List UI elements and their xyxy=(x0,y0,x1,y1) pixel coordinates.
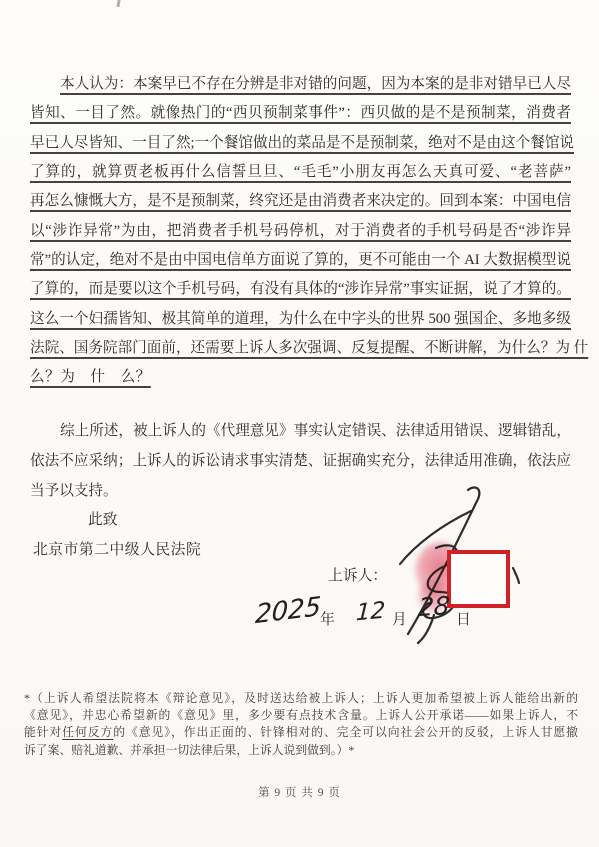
footnote-line-text: 诉了案、赔礼道歉、并承担一切法律后果，上诉人说到做到。）* xyxy=(24,743,354,757)
footnote-line-text: 《意见》，并忠心希望新的《意见》里，多少要有点技术含量。上诉人公开承诺——如果上… xyxy=(24,708,578,722)
paragraph-line-text: 了算的，就算贾老板再什么信誓旦旦、“毛毛”小朋友再怎么天真可爱、“老菩萨” xyxy=(30,164,571,180)
paragraph-line: 么？为 什 么？ xyxy=(30,363,571,392)
paragraph-line-text: 了算的，而是要以这个手机号码，有没有具体的“涉诈异常”事实证据，说了才算的。 xyxy=(30,281,571,297)
paragraph-line: 了算的，就算贾老板再什么信誓旦旦、“毛毛”小朋友再怎么天真可爱、“老菩萨” xyxy=(30,158,571,187)
footnote-line: 能针对任何反方的《意见》，作出正面的、针锋相对的、完全可以向社会公开的反驳，上诉… xyxy=(24,724,578,741)
paragraph-line: 综上所述，被上诉人的《代理意见》事实认定错误、法律适用错误、逻辑错乱， xyxy=(30,416,571,446)
paragraph-line: 本人认为：本案早已不存在分辨是非对错的问题，因为本案的是非对错早已人尽 xyxy=(30,70,571,99)
paragraph-line-text: 依法不应采纳；上诉人的诉讼请求事实清楚、证据确实充分，法律适用准确，依法应 xyxy=(30,453,571,469)
paragraph-line-text: 这么一个妇孺皆知、极其简单的道理，为什么在中字头的世界 500 强国企、多地多级 xyxy=(30,311,571,327)
paragraph-line: 以“涉诈异常”为由，把消费者手机号码停机，对于消费者的手机号码是否“涉诈异 xyxy=(30,217,571,246)
paragraph-line-text: 综上所述，被上诉人的《代理意见》事实认定错误、法律适用错误、逻辑错乱， xyxy=(60,423,571,439)
paragraph-line: 依法不应采纳；上诉人的诉讼请求事实清楚、证据确实充分，法律适用准确，依法应 xyxy=(30,446,571,476)
footnote-line: 《意见》，并忠心希望新的《意见》里，多少要有点技术含量。上诉人公开承诺——如果上… xyxy=(24,707,578,724)
date-year-unit: 年 xyxy=(320,608,335,629)
footnote-underlined-phrase: 任何反方 xyxy=(62,725,113,739)
handwritten-date-year: 2025 xyxy=(254,592,321,630)
footnote-line: 诉了案、赔礼道歉、并承担一切法律后果，上诉人说到做到。）* xyxy=(24,742,578,759)
footnote-line: *（上诉人希望法院将本《辩论意见》，及时送达给被上诉人；上诉人更加希望被上诉人能… xyxy=(24,690,578,707)
paragraph-line-text: 皆知、一目了然。就像热门的“西贝预制菜事件”：西贝做的是不是预制菜，消费者 xyxy=(30,105,571,121)
scanned-document-page: 本人认为：本案早已不存在分辨是非对错的问题，因为本案的是非对错早已人尽 皆知、一… xyxy=(0,0,599,847)
closing-salute: 此致 xyxy=(88,508,118,529)
redaction-box xyxy=(447,550,510,608)
paragraph-line: 早已人尽皆知、一目了然;一个餐馆做出的菜品是不是预制菜，绝对不是由这个餐馆说 xyxy=(30,129,571,158)
body-paragraph-main: 本人认为：本案早已不存在分辨是非对错的问题，因为本案的是非对错早已人尽 皆知、一… xyxy=(30,70,571,393)
paragraph-line: 法院、国务院部门面前，还需要上诉人多次强调、反复提醒、不断讲解，为什么？为 什 xyxy=(30,334,571,363)
handwritten-date-day: 28 xyxy=(417,591,451,622)
paragraph-line-text: 当予以支持。 xyxy=(30,483,118,499)
paragraph-line: 常”的认定，绝对不是由中国电信单方面说了算的，更不可能由一个 AI 大数据模型说 xyxy=(30,246,571,275)
paragraph-line-text: 法院、国务院部门面前，还需要上诉人多次强调、反复提醒、不断讲解，为什么？为 什 xyxy=(30,340,588,356)
page-number-indicator: 第 9 页 共 9 页 xyxy=(0,784,599,800)
paragraph-line-text: 么？为 什 么？ xyxy=(30,369,151,385)
paragraph-line: 皆知、一目了然。就像热门的“西贝预制菜事件”：西贝做的是不是预制菜，消费者 xyxy=(30,99,571,128)
handwritten-date-month: 12 xyxy=(355,598,386,627)
paragraph-line: 了算的，而是要以这个手机号码，有没有具体的“涉诈异常”事实证据，说了才算的。 xyxy=(30,275,571,304)
paragraph-line-text: 以“涉诈异常”为由，把消费者手机号码停机，对于消费者的手机号码是否“涉诈异 xyxy=(30,223,571,239)
footnote-line-text: 能针对 xyxy=(24,725,62,739)
paragraph-line-text: 早已人尽皆知、一目了然;一个餐馆做出的菜品是不是预制菜，绝对不是由这个餐馆说 xyxy=(30,135,574,151)
paragraph-line: 这么一个妇孺皆知、极其简单的道理，为什么在中字头的世界 500 强国企、多地多级 xyxy=(30,305,571,334)
paragraph-line-text: 本人认为：本案早已不存在分辨是非对错的问题，因为本案的是非对错早已人尽 xyxy=(60,76,571,92)
footnote-block: *（上诉人希望法院将本《辩论意见》，及时送达给被上诉人；上诉人更加希望被上诉人能… xyxy=(24,690,578,759)
scan-artifact-mark xyxy=(116,0,120,7)
paragraph-line-text: 常”的认定，绝对不是由中国电信单方面说了算的，更不可能由一个 AI 大数据模型说 xyxy=(30,252,571,268)
court-name: 北京市第二中级人民法院 xyxy=(33,538,201,559)
footnote-line-text: 的《意见》，作出正面的、针锋相对的、完全可以向社会公开的反驳，上诉人甘愿撤 xyxy=(113,725,578,739)
paragraph-line: 再怎么慷慨大方，是不是预制菜，终究还是由消费者来决定的。回到本案：中国电信 xyxy=(30,187,571,216)
footnote-line-text: *（上诉人希望法院将本《辩论意见》，及时送达给被上诉人；上诉人更加希望被上诉人能… xyxy=(24,691,578,705)
paragraph-line-text: 再怎么慷慨大方，是不是预制菜，终究还是由消费者来决定的。回到本案：中国电信 xyxy=(30,193,571,209)
